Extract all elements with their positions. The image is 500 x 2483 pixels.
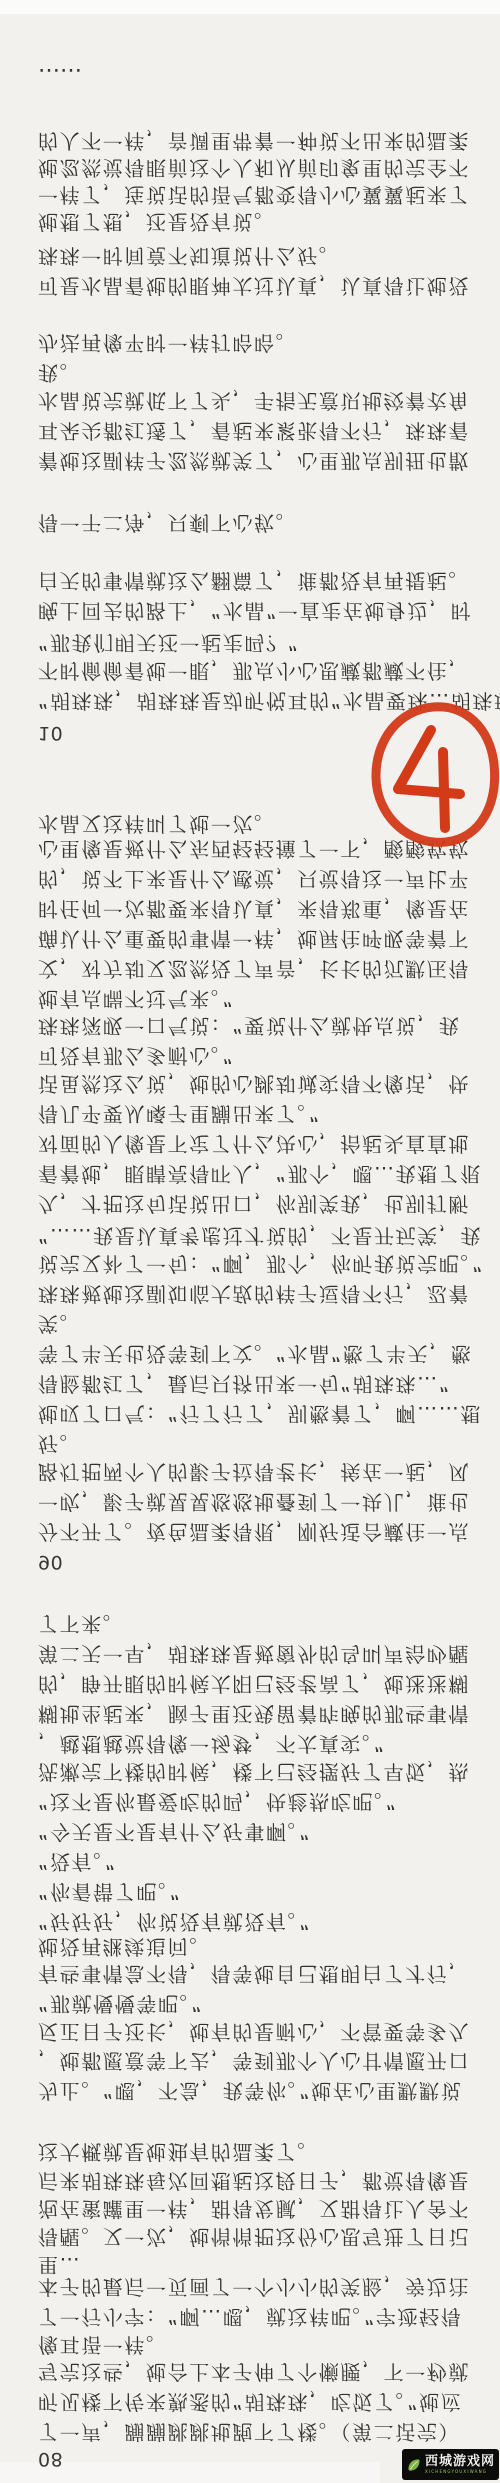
text-line: 笑。 [38, 1313, 81, 1335]
text-line: 时任何一次都要来得认真，来得郑重，像是在 [38, 898, 470, 920]
text-line: “你看错了吧。” [38, 1881, 182, 1903]
text-line: 看着她，眼睛亮得吓人，“那个，嗯…我想了很 [38, 1163, 482, 1185]
text-line: 得醒。又一次，她悄悄把这份心思写进了日记 [38, 2226, 470, 2248]
text-line: 08 [38, 2448, 63, 2470]
text-line: 说完又补了一句：“啊，那个，你听我说完吧。” [38, 1253, 484, 1275]
text-line: 写完这些，她合上本子伸了个懒腰，下一秒就 [38, 2361, 470, 2383]
text-line: 90 [38, 1551, 63, 1573]
text-line: 晚上回去的路上，“水晶”一直走在她身边，时 [38, 600, 472, 622]
text-line: 有些事情急不得，得等她自己想明白了才行， [38, 1963, 470, 1985]
text-line: 水晶说完就低下了头，手指无意识地绞着衣角 [38, 390, 470, 412]
text-line: 得几乎要从嗓子里蹦出来了。” [38, 1103, 321, 1125]
text-line: …… [38, 64, 82, 86]
text-line: 反正日子还长，她有的是耐心，不管要等多久 [38, 2021, 470, 2043]
text-line: “……我是认真考虑过才说的，不是开玩笑，我 [38, 1225, 482, 1247]
text-line: 对面的人像是下定了什么决心，抬起头直直地 [38, 1133, 470, 1155]
text-line: 她有点喘不过气来。” [38, 988, 234, 1010]
text-line: “今天是不是有什么好事啊。” [38, 1821, 311, 1843]
text-line: 办法再像平时一样打哈哈。 [38, 332, 297, 354]
text-line: 她叹了口气：“行了行了，别憋着了，啊……想 [38, 1403, 482, 1425]
marker-digit-4-stem [443, 752, 445, 828]
text-line: 了一行小字：“啊…嗯，就这样吧。”字迹轻得 [38, 2306, 462, 2328]
text-line: 像耳语一样。 [38, 2334, 168, 2356]
text-line: 不时偷偷看她一眼，那点小心思藏都藏不住， [38, 660, 470, 682]
text-line: 久，才把这句话说出口，你别笑我，也别打断 [38, 1193, 470, 1215]
text-line: 等了半天也没等到下文。“水晶”憋了半天，憋 [38, 1343, 472, 1365]
text-line: 听见楼下传来熟悉的“胡珠珠，吃饭了。”她应 [38, 2391, 462, 2413]
text-line: 得脸都红了，最后只挤出来一句“胡珠珠…” [38, 1373, 451, 1395]
site-watermark: 西城游戏网 XICHENGYOUXIWANG [402, 2449, 499, 2480]
text-line: 路灯把两个人的影子拉得老长，挨在一起，风 [38, 1461, 470, 1483]
text-line: ，越想越觉得像一场梦，不太真实。” [38, 1733, 386, 1755]
text-line: 心里像是被什么东西轻轻撞了一下，酸酸软软 [38, 838, 470, 860]
text-line: 本子的最后一页画了一个小小的笑脸，旁边注 [38, 2276, 470, 2298]
watermark-text: 西城游戏网 XICHENGYOUXIWANG [425, 2455, 495, 2474]
marker-circle [376, 707, 495, 843]
text-line: 这大概就是她独有的温柔了。 [38, 2141, 319, 2163]
text-line: 珠珠深吸一口气说：“要说什么就快点说，我 [38, 1015, 460, 1037]
text-line: 她没再继续追问。 [38, 1936, 211, 1958]
watermark-tagline: XICHENGYOUXIWANG [425, 2470, 495, 2474]
text-line: “这不是你最爱吃的吗，快趁热吃吧。” [38, 1791, 398, 1813]
text-line: 话虽然这么说，她的心跳却诚实得不像话，快 [38, 1073, 470, 1095]
text-line: 后来胡珠珠每次回想起这段日子，都觉得像是 [38, 2170, 470, 2192]
text-line: “那就慢慢等吧。” [38, 1993, 203, 2015]
leaf-logo-icon [406, 2455, 422, 2475]
text-line: 水晶又这样叫了她一次。 [38, 813, 276, 835]
text-line: 泡在蜜罐里一样，甜得发腻，又甜得让人舍不 [38, 2198, 470, 2220]
text-line: 确认什么重要的事情一样，她屏住呼吸等着下 [38, 928, 470, 950]
text-line: 文，对方却又忽然没了声音，长长的沉默压得 [38, 958, 470, 980]
page-top-margin [0, 0, 500, 14]
watermark-site-name: 西城游戏网 [425, 2455, 495, 2468]
text-line: 珠珠被她这副如临大敌的样子逗得不行，忍着 [38, 1283, 470, 1305]
text-line: 的人不一样，音调里带着一种说不出来的温柔 [38, 130, 470, 152]
text-line: 糊地坐起来，脑子里还残留着昨晚的那些事情 [38, 1703, 470, 1725]
text-line: 的，说不上来是什么感觉，只觉得这一声比平 [38, 868, 470, 890]
text-line: 里… [38, 2254, 81, 2276]
flipped-novel-page: { "page": { "background": "#f2f1ee", "in… [0, 0, 500, 2483]
text-line: 了一声，蹦蹦跳跳地跑下了楼。（第二话完） [38, 2421, 460, 2443]
text-line: 她忽然觉得眼前这个人和从前印象里的完全不 [38, 157, 470, 179]
text-line: 分不开了。夜色温柔得很，刚好适合藏住一点 [38, 1521, 470, 1543]
text-line: ，她都愿意等下去，等到那个人心甘情愿开口 [38, 2050, 470, 2072]
text-line: 白天的事情就这么翻篇了，谁都没有再提起。 [38, 570, 470, 592]
text-line: 的，睁开眼的时候太阳已经老高了，她迷迷糊 [38, 1673, 470, 1695]
text-line: “那我们明天还一起走吗？” [38, 632, 300, 654]
text-line: 得一干二净，只剩下心软。 [38, 512, 297, 534]
text-line: 一吹，影子就晃晃悠悠地叠到了一块儿，谁也 [38, 1491, 470, 1513]
text-line: 可没有那么多耐心。” [38, 1045, 234, 1067]
text-line: 第二天一早，胡珠珠是被窗外的鸟叫声给吵醒 [38, 1643, 470, 1665]
text-line: 着她这副样子忽然就笑了，心里那点别扭也散 [38, 450, 470, 472]
text-line: “好好好，你说没有就没有。” [38, 1911, 311, 1933]
text-line: 珠珠一时间竟不知道说什么好。 [38, 245, 340, 267]
text-line: “胡珠珠，胡珠珠是动听悦耳的“水晶要珠…胡珠珠” [38, 690, 500, 712]
text-line: 了下来。 [38, 1613, 124, 1635]
marker-digit-4 [398, 730, 460, 794]
text-line: 为止。“嗯，不急，我等你。”她在心里默默说 [38, 2080, 462, 2102]
text-line: 好。 [38, 1433, 81, 1455]
text-line: 可是水晶看她的眼神太过认真，认真得让她没 [38, 275, 470, 297]
text-line: 洗漱完下楼的时候，楼下已经摆好了早饭，热 [38, 1761, 470, 1783]
text-line: 10 [38, 722, 63, 744]
text-line: 耳朵尖都红透了，看起来紧张得不行，珠珠看 [38, 420, 470, 442]
red-circled-4-annotation [365, 700, 500, 858]
text-line: 我。 [38, 362, 81, 384]
text-line: 一样了，连说话的语气都变得小心翼翼起来了 [38, 184, 470, 206]
text-line: 她想了想，还是没有说。 [38, 211, 276, 233]
text-line: “没有。” [38, 1851, 117, 1873]
